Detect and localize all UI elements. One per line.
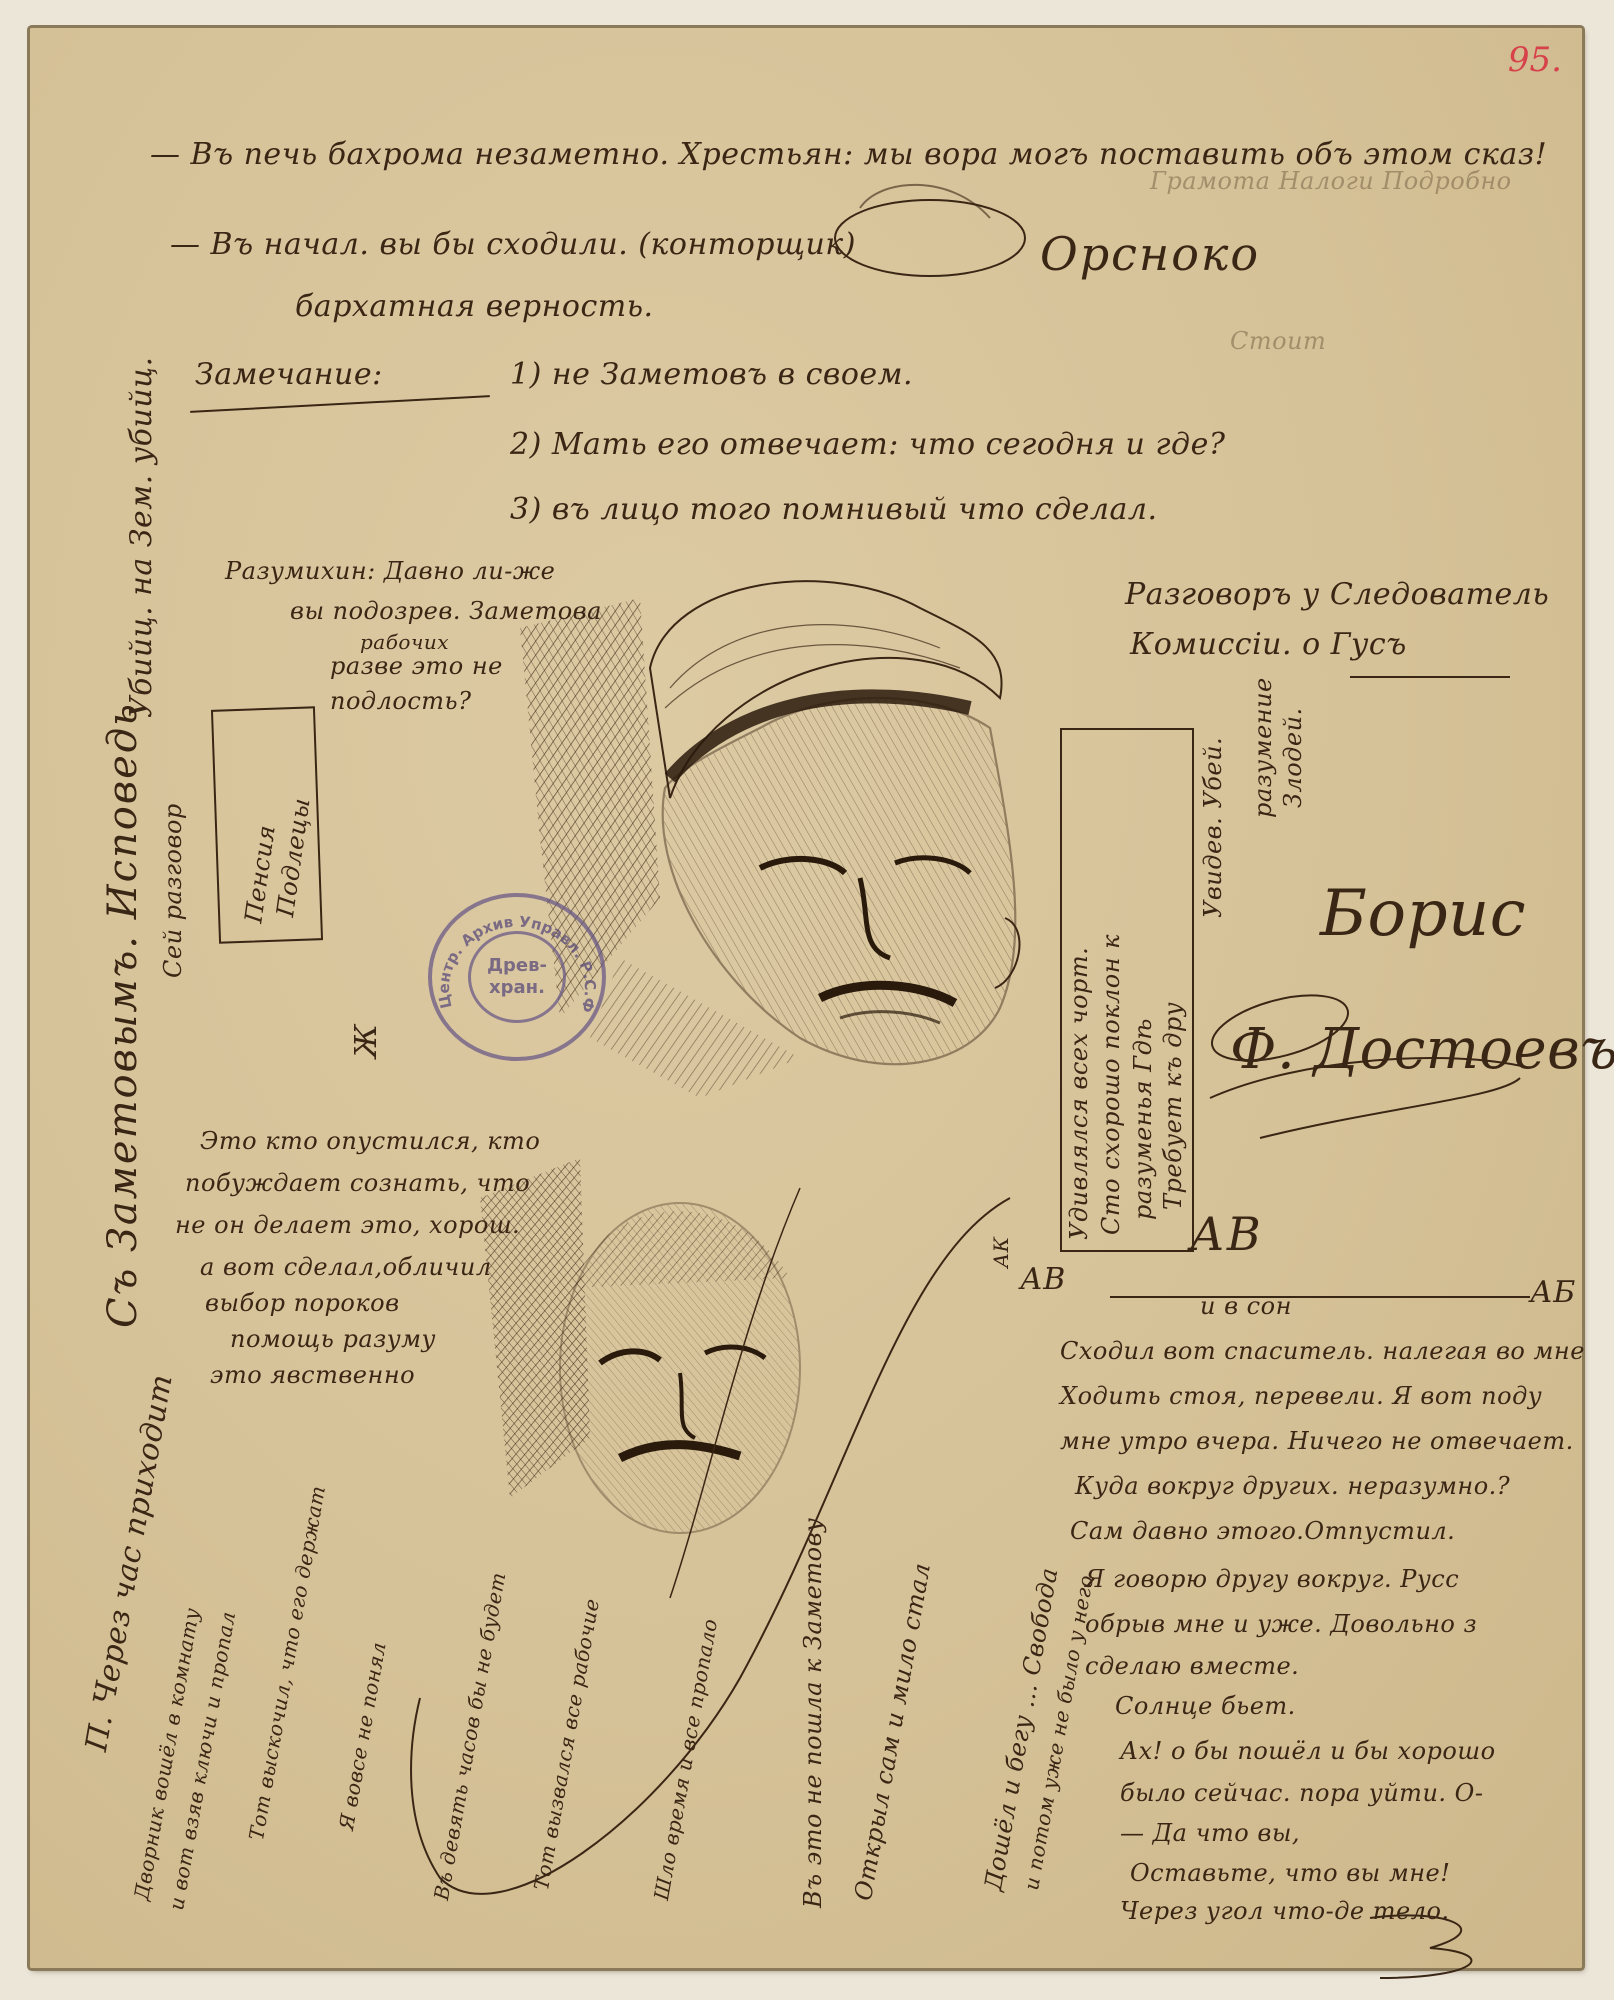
signature-flourish-icon bbox=[1200, 988, 1540, 1148]
middle-left-line-5: выбор пороков bbox=[205, 1290, 400, 1318]
right-block-line-9: Солнце бьет. bbox=[1115, 1693, 1296, 1721]
right-block-line-12: — Да что вы, bbox=[1120, 1820, 1300, 1848]
razumikhin-line-4: разве это не bbox=[330, 653, 503, 681]
notes-item-2: 2) Мать его отвечает: что сегодня и где? bbox=[510, 428, 1225, 463]
right-block-line-3: мне утро вчера. Ничего не отвечает. bbox=[1060, 1428, 1574, 1456]
right-block-line-6: Я говорю другу вокруг. Русс bbox=[1085, 1566, 1459, 1594]
right-block-line-1: Сходил вот спаситель. налегая во мне bbox=[1060, 1338, 1585, 1366]
bottom-vertical-note-3: Тот выскочил, что его держат bbox=[245, 1484, 330, 1842]
top-line-3: бархатная верность. bbox=[295, 290, 654, 325]
underline bbox=[190, 395, 490, 413]
left-margin-vertical-small: Сей разговор bbox=[160, 803, 188, 978]
connector-curves-icon bbox=[380, 1178, 1080, 1958]
stamp-center: Древ- хран. bbox=[468, 931, 566, 1023]
left-margin-vertical-large: Съ Заметовымъ. Исповедь bbox=[100, 702, 146, 1328]
archive-stamp: Центр. Архив Управл. Р.С.Ф. Древ- хран. bbox=[428, 893, 606, 1061]
right-block-line-5: Сам давно этого.Отпустил. bbox=[1070, 1518, 1455, 1546]
middle-left-line-1: Это кто опустился, кто bbox=[200, 1128, 540, 1156]
divider-line bbox=[1110, 1296, 1530, 1298]
mark-ab-right: АБ bbox=[1530, 1276, 1576, 1311]
right-block-line-8: сделаю вместе. bbox=[1085, 1653, 1299, 1681]
bleed-through-text: Стоит bbox=[1230, 328, 1326, 356]
page-number: 95. bbox=[1508, 40, 1562, 80]
right-block-heading: и в сон bbox=[1200, 1293, 1292, 1321]
notes-item-3: 3) въ лицо того помнивый что сделал. bbox=[510, 493, 1158, 528]
stamp-center-line-1: Древ- bbox=[487, 955, 547, 977]
closing-flourish-icon bbox=[1360, 1908, 1510, 1988]
vertical-right-note-3: Злодей. bbox=[1280, 707, 1308, 808]
title-word: Орсноко bbox=[1040, 228, 1260, 281]
signature-mark-left: Ж bbox=[350, 1024, 385, 1058]
left-margin-vertical-top: Убийц. на Зем. убийц. bbox=[125, 356, 160, 718]
vertical-right-note-1: Увидев. Убей. bbox=[1200, 737, 1228, 918]
boxed-note-right-line-2: Сто схорошо поклон к bbox=[1098, 934, 1126, 1235]
right-block-line-7: обрыв мне и уже. Довольно з bbox=[1085, 1611, 1477, 1639]
razumikhin-line-5: подлость? bbox=[330, 688, 471, 716]
right-block-line-11: было сейчас. пора уйти. О- bbox=[1120, 1780, 1483, 1808]
conversation-line-1: Разговоръ у Следователь bbox=[1125, 578, 1549, 613]
top-line-1: — Въ печь бахрома незаметно. Хрестьян: м… bbox=[150, 138, 1547, 173]
boxed-note-right-line-3: разуменья Гдѣ bbox=[1130, 1018, 1158, 1220]
underline bbox=[1350, 676, 1510, 678]
vertical-right-note-2: разумение bbox=[1250, 677, 1278, 818]
boxed-note-left: Пенсия Подлецы bbox=[211, 706, 323, 943]
boxed-note-left-line-2: Подлецы bbox=[272, 796, 316, 919]
notes-label: Замечание: bbox=[195, 358, 383, 393]
manuscript-page: 95. Грамота Налоги Подробно Стоит — Въ п… bbox=[30, 28, 1582, 1968]
scribble-oval-icon bbox=[820, 178, 1050, 288]
right-block-line-13: Оставьте, что вы мне! bbox=[1130, 1860, 1450, 1888]
right-block-line-4: Куда вокруг других. неразумно.? bbox=[1075, 1473, 1510, 1501]
boxed-note-right-line-4: Требует къ дру bbox=[1160, 1002, 1188, 1210]
mark-ab-center: АВ bbox=[1190, 1208, 1263, 1261]
razumikhin-line-3: рабочих bbox=[360, 631, 449, 654]
right-block-line-2: Ходить стоя, перевели. Я вот поду bbox=[1060, 1383, 1542, 1411]
conversation-line-2: Комиссіи. о Гусъ bbox=[1130, 628, 1407, 663]
boxed-note-right: Удивлялся всех чорт. Сто схорошо поклон … bbox=[1060, 728, 1194, 1252]
right-block-line-10: Ах! о бы пошёл и бы хорошо bbox=[1120, 1738, 1496, 1766]
notes-item-1: 1) не Заметовъ в своем. bbox=[510, 358, 913, 393]
top-line-2: — Въ начал. вы бы сходили. (конторщик) bbox=[170, 228, 856, 263]
signature-first: Борис bbox=[1320, 878, 1526, 952]
stamp-center-line-2: хран. bbox=[489, 977, 545, 999]
